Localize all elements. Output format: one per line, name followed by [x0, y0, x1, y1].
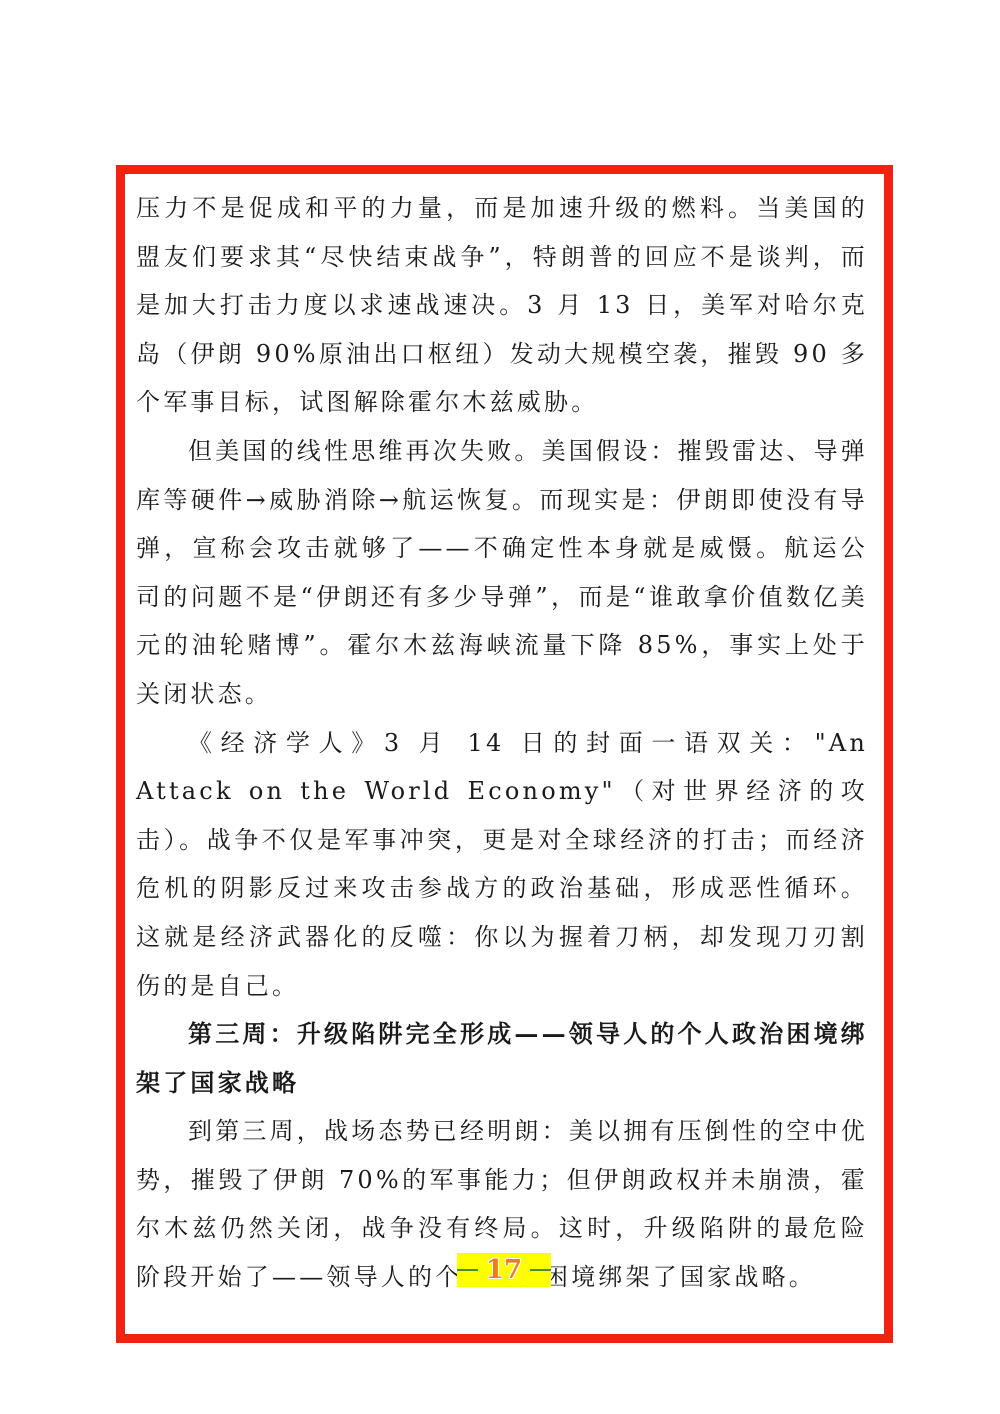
- document-body: 压力不是促成和平的力量，而是加速升级的燃料。当美国的盟友们要求其“尽快结束战争”…: [136, 184, 868, 1302]
- right-dash-decoration: [530, 1269, 551, 1271]
- page-number-badge: 17: [457, 1253, 551, 1287]
- section-heading: 第三周：升级陷阱完全形成——领导人的个人政治困境绑架了国家战略: [136, 1010, 868, 1107]
- paragraph-continuation: 压力不是促成和平的力量，而是加速升级的燃料。当美国的盟友们要求其“尽快结束战争”…: [136, 184, 868, 427]
- page-number: 17: [486, 1255, 522, 1285]
- paragraph-body: 《经济学人》3 月 14 日的封面一语双关："An Attack on the …: [136, 719, 868, 1011]
- paragraph-body: 但美国的线性思维再次失败。美国假设：摧毁雷达、导弹库等硬件→威胁消除→航运恢复。…: [136, 427, 868, 719]
- left-dash-decoration: [457, 1269, 478, 1271]
